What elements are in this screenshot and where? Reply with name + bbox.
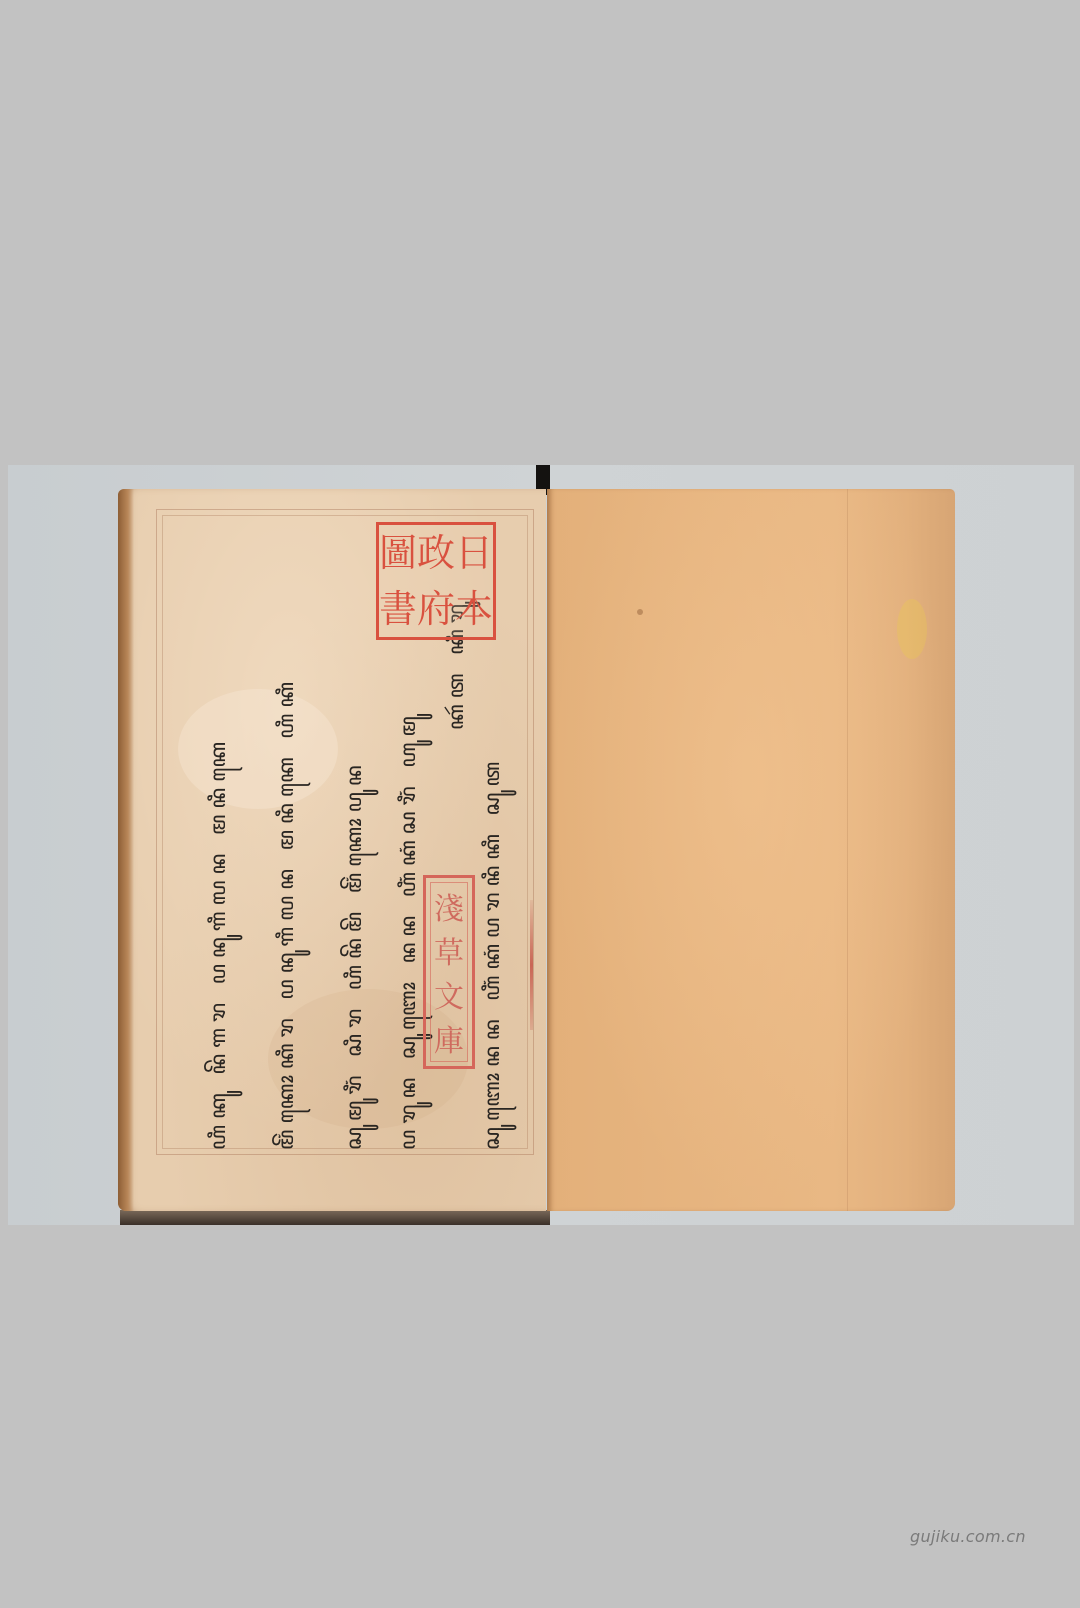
book-spine-bottom — [120, 1210, 550, 1225]
handwritten-column: ꦏꦂꦠ ꦏꦶꦫꦸ — [434, 640, 477, 730]
seal-character: 草 — [434, 928, 464, 972]
handwritten-column: ꦲꦶꦏꦸ ꦤꦼꦒꦫ ꦥꦤꦸꦒꦶꦭꦤ ꦩꦤꦶꦏꦺ — [196, 650, 239, 1150]
seal-character: 日 — [455, 534, 493, 572]
right-page — [547, 489, 955, 1211]
seal-character: 府 — [417, 590, 455, 628]
red-binding-line — [530, 900, 533, 1030]
seal-character: 庫 — [434, 1016, 464, 1060]
handwritten-column: ꦱꦸꦩꦸꦫꦶꦁ ꦱꦶꦫ ꦲꦶꦤꦼꦩꦼ ꦩꦼꦁꦏꦺꦴꦥꦸꦤ — [332, 655, 375, 1150]
seal-character: 書 — [379, 590, 417, 628]
government-library-seal: 日 本 政 府 圖 書 — [376, 522, 496, 640]
asakusa-bunko-seal: 淺 草 文 庫 — [423, 875, 475, 1069]
handwritten-column: ꦩꦼꦁꦏꦺꦴꦏꦶꦫ ꦥꦤꦸꦒꦶꦭꦤ ꦩꦤꦶꦏꦺ ꦲꦶꦏꦶ — [264, 650, 307, 1150]
paper-speck — [637, 609, 643, 615]
seal-character: 淺 — [434, 884, 464, 928]
paper-stain — [897, 599, 927, 659]
left-page-edge — [118, 489, 134, 1211]
watermark-text: gujiku.com.cn — [910, 1527, 1026, 1546]
seal-character: 圖 — [379, 534, 417, 572]
page-fold-line — [847, 489, 848, 1211]
seal-character: 政 — [417, 534, 455, 572]
seal-character: 文 — [434, 972, 464, 1016]
seal-character: 本 — [455, 590, 493, 628]
